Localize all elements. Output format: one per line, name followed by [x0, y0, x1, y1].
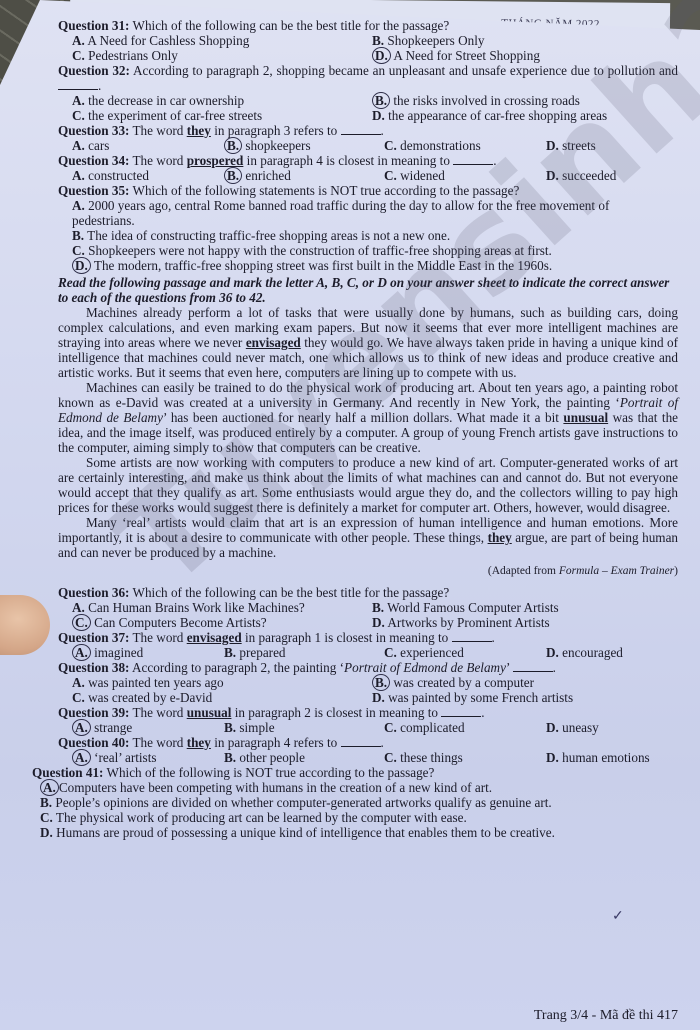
option-letter: A. — [72, 168, 85, 183]
option-text: streets — [562, 138, 596, 153]
question-number: Question 32: — [58, 63, 130, 78]
underlined-word: unusual — [187, 705, 232, 720]
option-text: experienced — [400, 645, 464, 660]
option-d[interactable]: D. human emotions — [546, 750, 686, 765]
option-d[interactable]: D. uneasy — [546, 720, 686, 735]
option-letter: D. — [546, 168, 559, 183]
option-d[interactable]: D. Humans are proud of possessing a uniq… — [40, 825, 640, 840]
option-d[interactable]: D. streets — [546, 138, 686, 153]
option-c[interactable]: C. the experiment of car-free streets — [72, 108, 372, 123]
handwritten-check-icon: ✓ — [612, 908, 624, 925]
question-39: Question 39: The word unusual in paragra… — [58, 705, 678, 735]
option-letter: A. — [72, 198, 85, 213]
option-text: uneasy — [562, 720, 599, 735]
option-letter: B. — [224, 167, 242, 184]
option-text: The idea of constructing traffic-free sh… — [87, 228, 450, 243]
options: A. Can Human Brains Work like Machines? … — [72, 600, 678, 630]
option-text: The modern, traffic-free shopping street… — [94, 258, 552, 273]
option-text: People’s opinions are divided on whether… — [55, 795, 551, 810]
option-text: Pedestrians Only — [88, 48, 178, 63]
option-d-circled[interactable]: D. The modern, traffic-free shopping str… — [72, 258, 672, 273]
option-letter: B. — [224, 750, 236, 765]
option-b-circled[interactable]: B. enriched — [224, 168, 384, 183]
option-letter: A. — [72, 644, 91, 661]
option-letter: A. — [72, 719, 91, 736]
underlined-word: prospered — [187, 153, 244, 168]
option-c[interactable]: C. demonstrations — [384, 138, 546, 153]
option-text: the experiment of car-free streets — [88, 108, 262, 123]
option-letter: D. — [546, 720, 559, 735]
option-text: The physical work of producing art can b… — [56, 810, 467, 825]
question-number: Question 38: — [58, 660, 129, 675]
option-letter: A. — [72, 138, 85, 153]
option-text: enriched — [245, 168, 290, 183]
option-letter: B. — [224, 645, 236, 660]
question-number: Question 34: — [58, 153, 129, 168]
option-text: ‘real’ artists — [94, 750, 156, 765]
option-text: A Need for Street Shopping — [393, 48, 540, 63]
option-text: these things — [400, 750, 463, 765]
option-c[interactable]: C. widened — [384, 168, 546, 183]
option-letter: B. — [40, 795, 52, 810]
option-letter: B. — [372, 33, 384, 48]
option-text: widened — [400, 168, 445, 183]
option-b[interactable]: B. World Famous Computer Artists — [372, 600, 672, 615]
option-text: Shopkeepers were not happy with the cons… — [88, 243, 552, 258]
question-38: Question 38: According to paragraph 2, t… — [58, 660, 678, 705]
option-letter: D. — [546, 750, 559, 765]
option-text: cars — [88, 138, 109, 153]
answer-blank — [513, 661, 553, 672]
option-b[interactable]: B. People’s opinions are divided on whet… — [40, 795, 640, 810]
option-c[interactable]: C. The physical work of producing art ca… — [40, 810, 640, 825]
option-c-circled[interactable]: C. Can Computers Become Artists? — [72, 615, 372, 630]
question-35: Question 35: Which of the following stat… — [58, 183, 678, 273]
option-a-circled[interactable]: A.Computers have been competing with hum… — [40, 780, 640, 795]
option-a[interactable]: A. cars — [72, 138, 224, 153]
options: A. constructed B. enriched C. widened D.… — [72, 168, 678, 183]
option-letter: B. — [372, 674, 390, 691]
paragraph-2: Machines can easily be trained to do the… — [58, 380, 678, 455]
option-a[interactable]: A. 2000 years ago, central Rome banned r… — [72, 198, 672, 228]
option-a-circled[interactable]: A. imagined — [72, 645, 224, 660]
option-a[interactable]: A. was painted ten years ago — [72, 675, 372, 690]
answer-blank — [452, 631, 492, 642]
option-text: other people — [239, 750, 305, 765]
question-text: Which of the following is NOT true accor… — [107, 765, 435, 780]
option-letter: C. — [384, 750, 397, 765]
option-text: was created by a computer — [393, 675, 534, 690]
question-41: Question 41: Which of the following is N… — [32, 765, 678, 840]
option-text: was painted ten years ago — [88, 675, 224, 690]
option-text: demonstrations — [400, 138, 481, 153]
option-letter: A. — [72, 600, 85, 615]
options: A. was painted ten years ago B. was crea… — [72, 675, 678, 705]
option-letter: B. — [224, 137, 242, 154]
option-c[interactable]: C. Pedestrians Only — [72, 48, 372, 63]
question-text: in paragraph 4 is closest in meaning to — [247, 153, 450, 168]
option-text: Shopkeepers Only — [387, 33, 484, 48]
question-31: Question 31: Which of the following can … — [58, 18, 678, 63]
question-text: The word — [133, 153, 184, 168]
option-letter: D. — [546, 645, 559, 660]
option-text: human emotions — [562, 750, 650, 765]
option-letter: B. — [372, 600, 384, 615]
source-text: ) — [674, 565, 678, 577]
option-b-circled[interactable]: B. was created by a computer — [372, 675, 672, 690]
option-letter: B. — [224, 720, 236, 735]
option-text: the risks involved in crossing roads — [393, 93, 579, 108]
reading-passage: Machines already perform a lot of tasks … — [58, 305, 678, 579]
option-letter: D. — [40, 825, 53, 840]
underlined-word: envisaged — [246, 335, 301, 350]
option-a[interactable]: A. constructed — [72, 168, 224, 183]
option-letter: A. — [72, 33, 85, 48]
option-d[interactable]: D. encouraged — [546, 645, 686, 660]
option-text: encouraged — [562, 645, 623, 660]
option-letter: C. — [72, 614, 91, 631]
option-text: complicated — [400, 720, 464, 735]
option-text: was painted by some French artists — [388, 690, 573, 705]
option-text: A Need for Cashless Shopping — [87, 33, 249, 48]
option-text: imagined — [94, 645, 143, 660]
question-text: According to paragraph 2, the painting ‘ — [132, 660, 344, 675]
option-letter: C. — [384, 168, 397, 183]
option-c[interactable]: C. complicated — [384, 720, 546, 735]
option-letter: A. — [72, 93, 85, 108]
option-d[interactable]: D. the appearance of car-free shopping a… — [372, 108, 672, 123]
paragraph-1: Machines already perform a lot of tasks … — [58, 305, 678, 380]
option-letter: C. — [384, 720, 397, 735]
option-letter: A. — [72, 675, 85, 690]
option-letter: C. — [40, 810, 53, 825]
option-d[interactable]: D. was painted by some French artists — [372, 690, 672, 705]
option-text: strange — [94, 720, 132, 735]
option-text: the appearance of car-free shopping area… — [388, 108, 607, 123]
option-d[interactable]: D. Artworks by Prominent Artists — [372, 615, 672, 630]
option-text: Can Human Brains Work like Machines? — [88, 600, 305, 615]
option-c[interactable]: C. Shopkeepers were not happy with the c… — [72, 243, 672, 258]
question-number: Question 36: — [58, 585, 129, 600]
option-b[interactable]: B. other people — [224, 750, 384, 765]
question-33: Question 33: The word they in paragraph … — [58, 123, 678, 153]
underlined-word: they — [488, 530, 512, 545]
option-text: was created by e-David — [88, 690, 212, 705]
option-text: simple — [239, 720, 274, 735]
question-text: The word — [133, 705, 184, 720]
question-text: in paragraph 3 refers to — [214, 123, 337, 138]
question-number: Question 41: — [32, 765, 103, 780]
options: A.Computers have been competing with hum… — [40, 780, 678, 840]
options: A. 2000 years ago, central Rome banned r… — [72, 198, 678, 273]
answer-blank — [341, 736, 381, 747]
option-letter: C. — [384, 138, 397, 153]
question-text: in paragraph 4 refers to — [214, 735, 337, 750]
option-text: the decrease in car ownership — [88, 93, 244, 108]
paragraph-text: Machines can easily be trained to do the… — [58, 380, 678, 410]
question-number: Question 39: — [58, 705, 129, 720]
underlined-word: they — [187, 735, 211, 750]
option-c[interactable]: C. was created by e-David — [72, 690, 372, 705]
question-number: Question 35: — [58, 183, 129, 198]
question-text: ’ — [506, 660, 509, 675]
question-number: Question 40: — [58, 735, 129, 750]
paragraph-3: Some artists are now working with comput… — [58, 455, 678, 515]
option-letter: C. — [72, 48, 85, 63]
option-text: prepared — [239, 645, 285, 660]
option-a[interactable]: A. Can Human Brains Work like Machines? — [72, 600, 372, 615]
exam-content: Question 31: Which of the following can … — [58, 18, 678, 840]
option-text: Humans are proud of possessing a unique … — [56, 825, 555, 840]
option-letter: D. — [372, 108, 385, 123]
question-number: Question 31: — [58, 18, 129, 33]
option-letter: B. — [372, 92, 390, 109]
option-a[interactable]: A. the decrease in car ownership — [72, 93, 372, 108]
underlined-word: unusual — [563, 410, 608, 425]
options: A. imagined B. prepared C. experienced D… — [72, 645, 678, 660]
option-c[interactable]: C. experienced — [384, 645, 546, 660]
answer-blank — [58, 79, 98, 90]
answer-blank — [441, 706, 481, 717]
paragraph-4: Many ‘real’ artists would claim that art… — [58, 515, 678, 560]
option-b[interactable]: B. Shopkeepers Only — [372, 33, 672, 48]
options: A. strange B. simple C. complicated D. u… — [72, 720, 678, 735]
options: A. A Need for Cashless Shopping B. Shopk… — [72, 33, 678, 63]
option-text: Computers have been competing with human… — [59, 780, 492, 795]
question-text: in paragraph 2 is closest in meaning to — [235, 705, 438, 720]
question-number: Question 37: — [58, 630, 129, 645]
option-letter: C. — [72, 108, 85, 123]
answer-blank — [341, 124, 381, 135]
question-text: in paragraph 1 is closest in meaning to — [245, 630, 448, 645]
question-40: Question 40: The word they in paragraph … — [58, 735, 678, 765]
option-b-circled[interactable]: B. the risks involved in crossing roads — [372, 93, 672, 108]
page-footer: Trang 3/4 - Mã đề thi 417 — [534, 1008, 678, 1024]
option-a[interactable]: A. A Need for Cashless Shopping — [72, 33, 372, 48]
option-letter: C. — [72, 690, 85, 705]
option-letter: D. — [372, 47, 391, 64]
option-a-circled[interactable]: A. strange — [72, 720, 224, 735]
option-text: World Famous Computer Artists — [387, 600, 558, 615]
option-letter: D. — [372, 615, 385, 630]
options: A. cars B. shopkeepers C. demonstrations… — [72, 138, 678, 153]
paragraph-text: ’ has been auctioned for nearly half a m… — [163, 410, 559, 425]
question-text: Which of the following statements is NOT… — [133, 183, 520, 198]
option-b-circled[interactable]: B. shopkeepers — [224, 138, 384, 153]
underlined-word: envisaged — [187, 630, 242, 645]
option-letter: D. — [372, 690, 385, 705]
question-text: Which of the following can be the best t… — [133, 18, 450, 33]
option-c[interactable]: C. these things — [384, 750, 546, 765]
question-text: The word — [133, 735, 184, 750]
option-d-circled[interactable]: D. A Need for Street Shopping — [372, 48, 672, 63]
option-text: Artworks by Prominent Artists — [387, 615, 549, 630]
options: A. the decrease in car ownership B. the … — [72, 93, 678, 123]
option-text: 2000 years ago, central Rome banned road… — [72, 198, 609, 228]
option-letter: B. — [72, 228, 84, 243]
question-34: Question 34: The word prospered in parag… — [58, 153, 678, 183]
painting-title: Portrait of Edmond de Belamy — [344, 660, 506, 675]
option-letter: D. — [72, 257, 91, 274]
option-b[interactable]: B. The idea of constructing traffic-free… — [72, 228, 672, 243]
option-a-circled[interactable]: A. ‘real’ artists — [72, 750, 224, 765]
section-instructions: Read the following passage and mark the … — [58, 275, 678, 305]
passage-source: (Adapted from Formula – Exam Trainer) — [58, 564, 678, 579]
question-36: Question 36: Which of the following can … — [58, 585, 678, 630]
underlined-word: they — [187, 123, 211, 138]
source-title: Formula – Exam Trainer — [559, 565, 674, 577]
option-letter: C. — [384, 645, 397, 660]
source-text: (Adapted from — [488, 565, 556, 577]
option-text: succeeded — [562, 168, 616, 183]
option-text: constructed — [88, 168, 149, 183]
answer-blank — [453, 154, 493, 165]
option-text: shopkeepers — [245, 138, 310, 153]
option-b[interactable]: B. prepared — [224, 645, 384, 660]
option-letter: D. — [546, 138, 559, 153]
question-32: Question 32: According to paragraph 2, s… — [58, 63, 678, 123]
question-text: Which of the following can be the best t… — [133, 585, 450, 600]
option-letter: A. — [72, 749, 91, 766]
option-d[interactable]: D. succeeded — [546, 168, 686, 183]
question-number: Question 33: — [58, 123, 129, 138]
option-text: Can Computers Become Artists? — [94, 615, 267, 630]
question-37: Question 37: The word envisaged in parag… — [58, 630, 678, 660]
options: A. ‘real’ artists B. other people C. the… — [72, 750, 678, 765]
question-text: According to paragraph 2, shopping becam… — [133, 63, 678, 78]
option-letter: A. — [40, 779, 59, 796]
option-letter: C. — [72, 243, 85, 258]
option-b[interactable]: B. simple — [224, 720, 384, 735]
question-text: The word — [133, 123, 184, 138]
question-text: The word — [133, 630, 184, 645]
